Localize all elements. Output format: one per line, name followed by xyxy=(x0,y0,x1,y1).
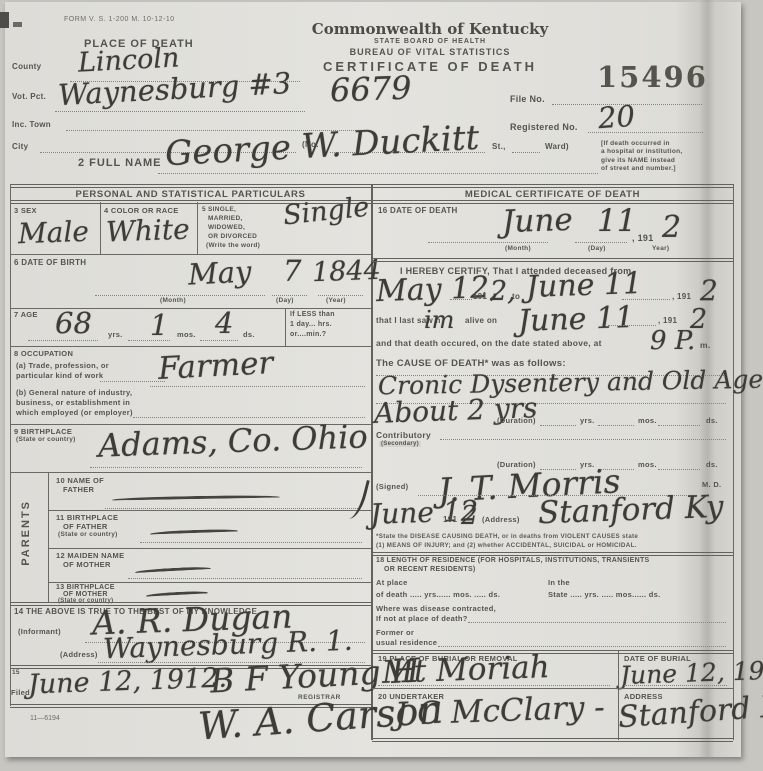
mother-birthplace-label-line: OF MOTHER xyxy=(63,591,108,598)
full-name-label: 2 FULL NAME xyxy=(78,157,162,169)
scan-artifact xyxy=(0,12,9,28)
hospital-note-line: of street and number.] xyxy=(601,165,682,173)
occupation-a-line: (a) Trade, profession, or xyxy=(16,361,109,370)
secondary-label: (Secondary) xyxy=(379,441,421,447)
attended-to-year-hw: 2 xyxy=(700,274,718,307)
ward-label: Ward) xyxy=(545,142,569,151)
dotted-line xyxy=(608,324,656,326)
county-label: County xyxy=(12,62,41,71)
marital-label-line: 5 SINGLE, xyxy=(202,206,236,213)
cause-of-death-title: The CAUSE OF DEATH* was as follows: xyxy=(376,358,566,369)
dotted-line xyxy=(28,339,98,341)
dotted-line xyxy=(158,172,598,174)
dob-year-sub: (Year) xyxy=(326,297,346,304)
dob-month-sub: (Month) xyxy=(160,297,186,304)
date-of-death-year-hw: 2 xyxy=(662,210,681,245)
marital-label-line: OR DIVORCED xyxy=(208,233,257,240)
dotted-line xyxy=(95,294,265,296)
age-months-label: mos. xyxy=(177,330,196,339)
date-of-death-month: June xyxy=(501,202,573,240)
cause-footnote-line: (1) MEANS OF INJURY; and (2) whether ACC… xyxy=(376,542,637,549)
signed-year-hw: 2 xyxy=(461,501,478,531)
sex-value: Male xyxy=(17,215,89,250)
signed-label: (Signed) xyxy=(376,482,408,491)
duration2-mos-label: mos. xyxy=(638,460,657,469)
last-saw-post: alive on xyxy=(465,316,497,325)
attended-from-value: May 12, xyxy=(375,270,499,309)
duration-label: (Duration) xyxy=(497,416,536,425)
father-birthplace-label-line: (State or country) xyxy=(58,531,118,538)
marital-label-line: MARRIED, xyxy=(208,215,243,222)
last-saw-date-hw: June 11 xyxy=(517,300,634,339)
table-border xyxy=(100,202,101,254)
registered-no-label: Registered No. xyxy=(510,122,578,132)
occupation-b-line: business, or establishment in xyxy=(16,398,130,407)
occupation-value: Farmer xyxy=(157,345,274,387)
mother-maiden-label-line: OF MOTHER xyxy=(63,560,111,569)
color-race-value: White xyxy=(105,213,190,249)
table-border xyxy=(10,184,11,706)
death-hour-hw: 9 P. xyxy=(650,326,695,356)
form-code-top: FORM V. S. 1-200 M. 10-12-10 xyxy=(64,16,175,23)
hospital-note: [If death occurred in a hospital or inst… xyxy=(601,140,682,174)
former-residence-line: usual residence xyxy=(376,638,437,647)
father-name-label-line: FATHER xyxy=(63,485,94,494)
dod-day-sub: (Day) xyxy=(588,245,606,252)
dotted-line xyxy=(598,424,634,426)
filed-label: Filed xyxy=(11,688,30,697)
dod-month-sub: (Month) xyxy=(505,245,531,252)
dotted-line xyxy=(658,468,700,470)
birthplace-label: 9 BIRTHPLACE xyxy=(14,427,72,436)
dob-day-sub: (Day) xyxy=(276,297,294,304)
table-border xyxy=(372,738,733,742)
age-less-note-line: 1 day... hrs. xyxy=(290,321,332,328)
dotted-line xyxy=(90,466,362,468)
marital-write-word-note: (Write the word) xyxy=(206,242,260,249)
dotted-line xyxy=(468,621,726,623)
hospital-note-line: give its NAME instead xyxy=(601,157,682,165)
death-m-label: m. xyxy=(700,340,711,350)
father-birthplace-label-line: 11 BIRTHPLACE xyxy=(56,513,118,522)
residence-title-line: OR RECENT RESIDENTS) xyxy=(384,566,476,573)
duration-yrs-label: yrs. xyxy=(580,416,595,425)
table-border xyxy=(48,510,371,511)
certificate-number-handwritten: 6679 xyxy=(329,69,412,110)
dotted-line xyxy=(512,151,540,153)
file-number-stamp: 15496 xyxy=(597,60,708,94)
marital-label-line: WIDOWED, xyxy=(208,224,245,231)
signed-year-printed: 191 xyxy=(443,515,457,524)
contracted-line: If not at place of death? xyxy=(376,614,468,623)
death-occurred-line: and that death occured, on the date stat… xyxy=(376,338,602,348)
father-birthplace-label-line: OF FATHER xyxy=(63,522,108,531)
dotted-line xyxy=(438,645,726,647)
street-label: St., xyxy=(492,142,506,151)
dotted-line xyxy=(575,241,627,243)
dob-day-value: 7 xyxy=(283,254,301,288)
dob-label: 6 DATE OF BIRTH xyxy=(14,258,86,267)
parents-side-label: PARENTS xyxy=(20,500,32,566)
mother-birthplace-label-line: 13 BIRTHPLACE xyxy=(56,584,115,591)
at-place-label: At place xyxy=(376,578,408,587)
father-name-label-line: 10 NAME OF xyxy=(56,476,104,485)
table-border xyxy=(372,688,733,689)
last-saw-year-printed: , 191 xyxy=(658,316,677,325)
dotted-line xyxy=(100,380,165,382)
birthplace-note: (State or country) xyxy=(16,436,76,443)
duration2-ds-label: ds. xyxy=(706,460,718,469)
contracted-line: Where was disease contracted, xyxy=(376,604,496,613)
physician-address-value: Stanford Ky xyxy=(537,489,724,531)
undertaker-value: J C McClary - xyxy=(394,689,605,732)
form-code-bottom: 11—6194 xyxy=(30,715,60,722)
occupation-b-line: which employed (or employer) xyxy=(16,408,133,417)
city-label: City xyxy=(12,142,28,151)
file-no-label: File No. xyxy=(510,94,545,104)
attended-to-label: to xyxy=(512,292,520,301)
table-border xyxy=(10,254,371,255)
dotted-line xyxy=(540,424,576,426)
commonwealth-heading: Commonwealth of Kentucky xyxy=(295,20,565,38)
mother-maiden-label-line: 12 MAIDEN NAME xyxy=(56,551,124,560)
dotted-line xyxy=(622,684,727,686)
dotted-line xyxy=(128,339,170,341)
duration-mos-label: mos. xyxy=(638,416,657,425)
dotted-line xyxy=(105,507,360,509)
dotted-line xyxy=(318,294,363,296)
dob-year-value: 1844 xyxy=(311,255,381,288)
hospital-note-line: [If death occurred in xyxy=(601,140,682,148)
medical-section-title: MEDICAL CERTIFICATE OF DEATH xyxy=(372,189,733,200)
table-border xyxy=(10,472,371,473)
age-less-note-line: If LESS than xyxy=(290,311,335,318)
dotted-line xyxy=(150,385,365,387)
last-saw-him-hw: im xyxy=(424,306,454,334)
dotted-line xyxy=(450,298,472,300)
age-days-label: ds. xyxy=(243,330,255,339)
age-label: 7 AGE xyxy=(14,310,38,319)
contributory-label: Contributory xyxy=(376,430,431,440)
table-border xyxy=(197,202,198,254)
of-death-row: of death ..... yrs...... mos. ..... ds. xyxy=(376,590,500,599)
age-years-label: yrs. xyxy=(108,330,123,339)
former-residence-line: Former or xyxy=(376,628,414,637)
bureau-heading: BUREAU OF VITAL STATISTICS xyxy=(295,47,565,57)
state-board-heading: STATE BOARD OF HEALTH xyxy=(295,38,565,45)
registered-no-value: 20 xyxy=(597,99,636,135)
age-less-note-line: or....min.? xyxy=(290,331,326,338)
dotted-line xyxy=(140,541,362,543)
table-border xyxy=(372,552,733,556)
table-border xyxy=(372,258,733,262)
dotted-line xyxy=(440,438,726,440)
dotted-line xyxy=(428,241,548,243)
date-of-death-year-printed: , 191 xyxy=(632,233,654,243)
dotted-line xyxy=(588,131,703,133)
dotted-line xyxy=(378,684,610,686)
dotted-line xyxy=(55,110,305,112)
table-border xyxy=(48,582,371,583)
informant-address-label: (Address) xyxy=(60,650,98,659)
sex-label: 3 SEX xyxy=(14,206,37,215)
occupation-b-line: (b) General nature of industry, xyxy=(16,388,132,397)
state-row: State ..... yrs. ..... mos...... ds. xyxy=(548,590,661,599)
residence-title-line: 18 LENGTH OF RESIDENCE (FOR HOSPITALS, I… xyxy=(376,557,650,564)
occupation-a-line: particular kind of work xyxy=(16,371,103,380)
table-border xyxy=(48,548,371,549)
dotted-line xyxy=(272,294,307,296)
md-label: M. D. xyxy=(702,480,721,489)
date-of-death-day: 11 xyxy=(597,203,636,239)
informant-label: (Informant) xyxy=(18,627,61,636)
dotted-line xyxy=(200,339,238,341)
age-days-value: 4 xyxy=(215,306,233,340)
scan-artifact xyxy=(13,22,22,27)
dotted-line xyxy=(128,577,362,579)
filed-field-number: 15 xyxy=(12,669,20,676)
cause-footnote-line: *State the DISEASE CAUSING DEATH, or in … xyxy=(376,533,638,540)
inc-town-label: Inc. Town xyxy=(12,120,51,129)
signed-address-label: (Address) xyxy=(482,515,520,524)
age-years-value: 68 xyxy=(55,306,92,340)
attended-to-year-printed: , 191 xyxy=(672,292,691,301)
in-the-label: In the xyxy=(548,578,570,587)
dotted-line xyxy=(658,424,700,426)
attended-from-year-printed: 191 xyxy=(473,292,487,301)
dob-month-value: May xyxy=(187,254,252,291)
hospital-note-line: a hospital or institution, xyxy=(601,148,682,156)
duration-ds-label: ds. xyxy=(706,416,718,425)
table-border xyxy=(10,346,371,347)
dod-year-sub: Year) xyxy=(652,245,669,252)
occupation-label: 8 OCCUPATION xyxy=(14,349,73,358)
voting-precinct-label: Vot. Pct. xyxy=(12,92,46,101)
age-months-value: 1 xyxy=(150,308,168,342)
table-border xyxy=(285,308,286,346)
date-of-death-label: 16 DATE OF DEATH xyxy=(378,206,458,215)
